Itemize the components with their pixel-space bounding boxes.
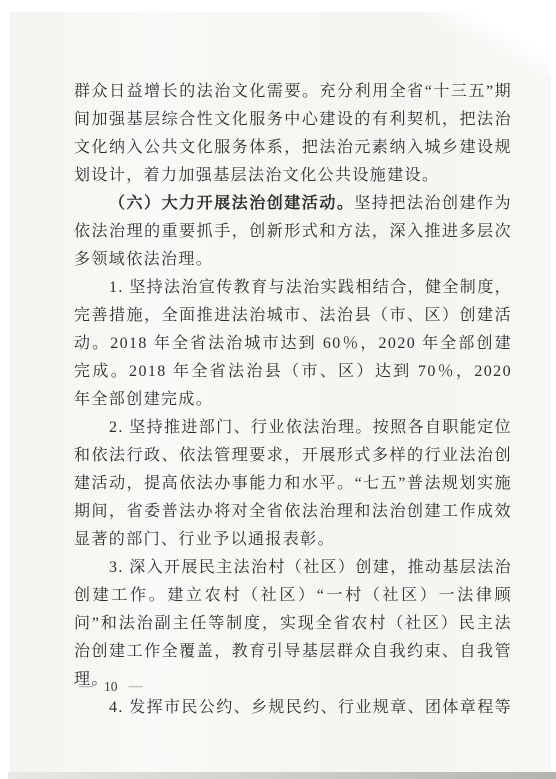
scanned-document-canvas: 群众日益增长的法治文化需要。充分利用全省“十三五”期间加强基层综合性文化服务中心… bbox=[0, 0, 556, 779]
page-number: — 10 — bbox=[79, 679, 143, 695]
paragraph-item-1: 1. 坚持法治宣传教育与法治实践相结合，健全制度，完善措施，全面推进法治城市、法… bbox=[74, 274, 512, 414]
page-number-value: 10 bbox=[104, 679, 118, 695]
page-corner-highlight bbox=[431, 12, 551, 76]
paragraph-section-6: （六）大力开展法治创建活动。坚持把法治创建作为依法治理的重要抓手，创新形式和方法… bbox=[74, 190, 512, 274]
paragraph-item-2: 2. 坚持推进部门、行业依法治理。按照各自职能定位和依法行政、依法管理要求，开展… bbox=[74, 414, 512, 554]
paragraph-item-4: 4. 发挥市民公约、乡规民约、行业规章、团体章程等 bbox=[74, 694, 512, 722]
page-number-dash-left: — bbox=[79, 679, 93, 695]
document-body: 群众日益增长的法治文化需要。充分利用全省“十三五”期间加强基层综合性文化服务中心… bbox=[74, 78, 512, 722]
paragraph-continuation: 群众日益增长的法治文化需要。充分利用全省“十三五”期间加强基层综合性文化服务中心… bbox=[74, 78, 512, 190]
page-number-dash-right: — bbox=[129, 679, 143, 695]
section-6-heading: （六）大力开展法治创建活动。 bbox=[109, 195, 354, 212]
page-bottom-shadow bbox=[8, 772, 556, 779]
document-page: 群众日益增长的法治文化需要。充分利用全省“十三五”期间加强基层综合性文化服务中心… bbox=[10, 12, 551, 772]
paragraph-item-3: 3. 深入开展民主法治村（社区）创建，推动基层法治创建工作。建立农村（社区）“一… bbox=[74, 554, 512, 694]
